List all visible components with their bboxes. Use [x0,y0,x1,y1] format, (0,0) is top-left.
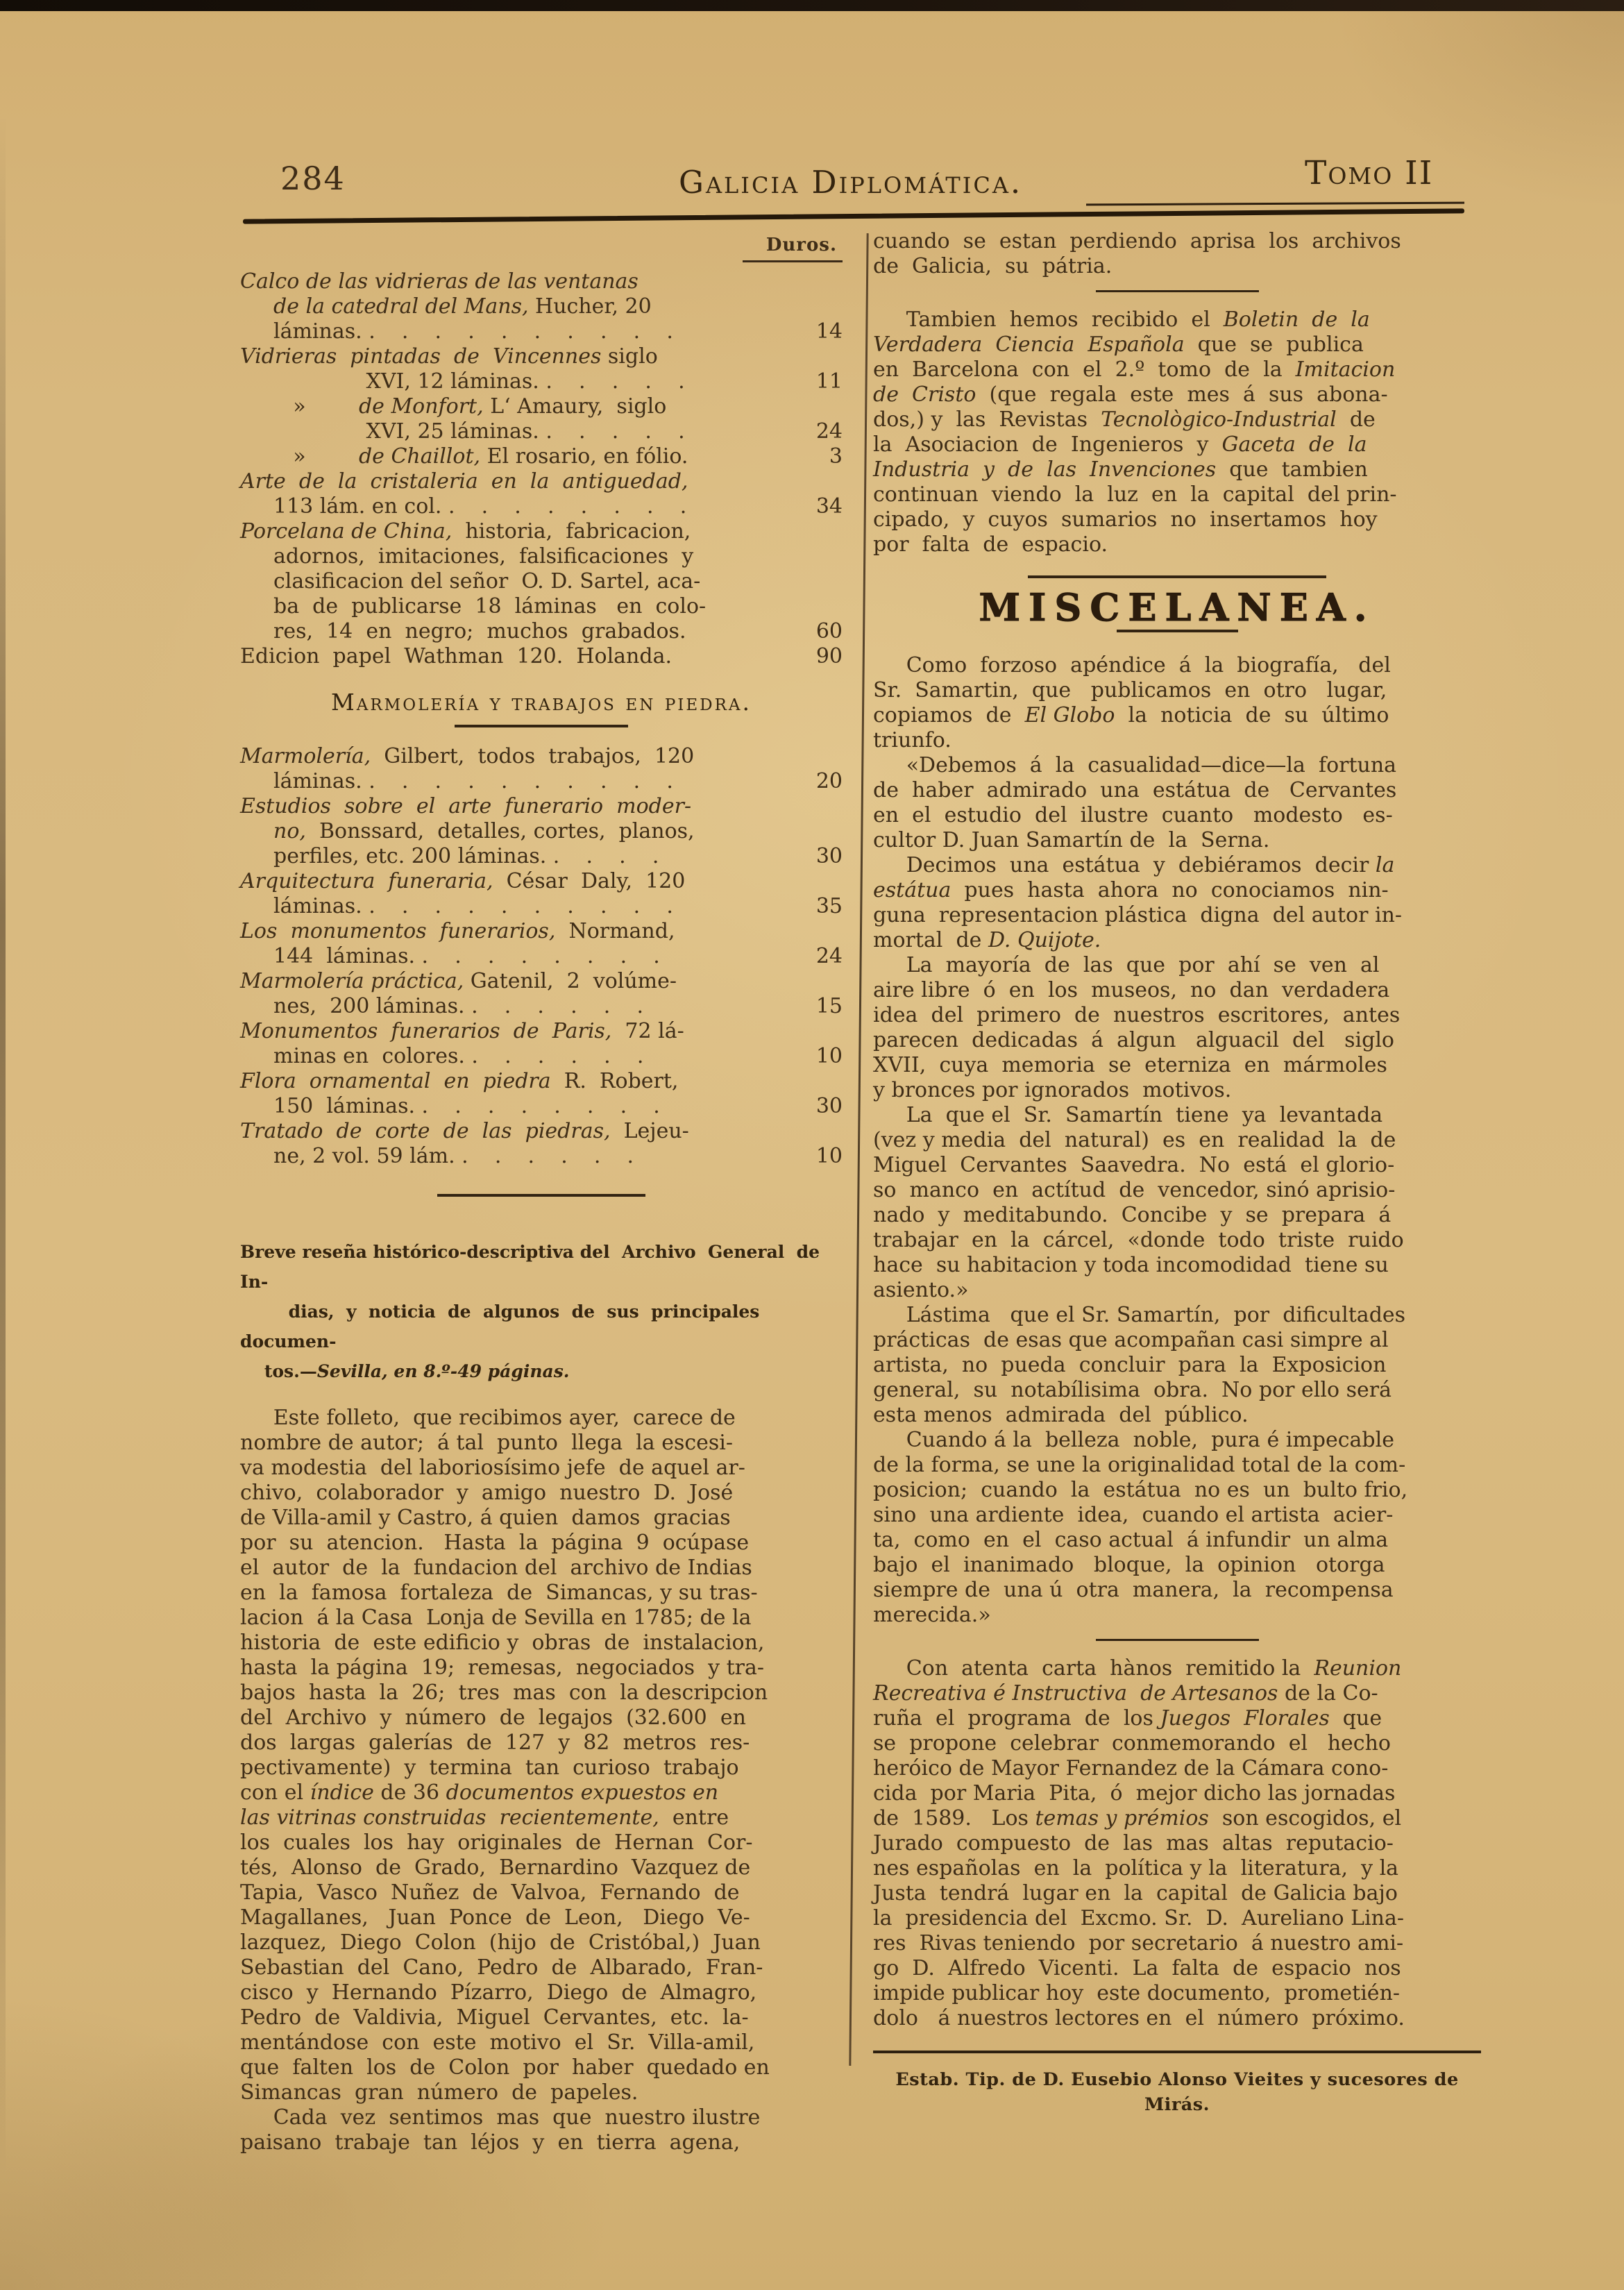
price-entry: » de Monfort, L‘ Amaury, siglo XVI, 25 l… [240,394,843,444]
price-value: 35 [783,894,843,919]
column-divider-rule [849,233,868,2066]
price-entry: Edicion papel Wathman 120. Holanda. 90 [240,644,843,669]
divider-rule [437,1194,645,1197]
price-value: 60 [783,619,843,644]
printer-imprint: Estab. Tip. de D. Eusebio Alonso Vieites… [873,2067,1481,2117]
price-entry: Marmolería práctica, Gatenil, 2 volúme- … [240,969,843,1019]
price-list-glassware: Calco de las vidrieras de las ventanas d… [240,269,843,669]
right-column: cuando se estan perdiendo aprisa los arc… [873,229,1481,2117]
section-heading-marmoleria: Marmolería y trabajos en piedra. [240,690,843,715]
divider-rule [1028,575,1326,578]
price-list-stonework: Marmolería, Gilbert, todos trabajos, 120… [240,744,843,1169]
entry-text: Edicion papel Wathman 120. Holanda. [240,644,672,668]
entry-text: Arquitectura funeraria, César Daly, 120 … [240,869,685,918]
entry-text: Marmolería, Gilbert, todos trabajos, 120… [240,744,694,793]
price-entry: Calco de las vidrieras de las ventanas d… [240,269,843,344]
price-value: 34 [783,494,843,519]
paragraph: Con atenta carta hànos remitido la Reuni… [873,1656,1481,2031]
price-value: 30 [783,844,843,869]
scan-left-shadow [0,0,6,2290]
price-entry: Estudios sobre el arte funerario moder- … [240,794,843,869]
entry-text: » de Monfort, L‘ Amaury, siglo XVI, 25 l… [240,394,685,444]
paragraph: Decimos una estátua y debiéramos decir l… [873,853,1481,953]
price-entry: Marmolería, Gilbert, todos trabajos, 120… [240,744,843,794]
paragraph: Este folleto, que recibimos ayer, carece… [240,1406,843,2105]
divider-rule [1096,1639,1259,1641]
entry-text: Estudios sobre el arte funerario moder- … [240,794,695,868]
paragraph: La mayoría de las que por ahí se ven al … [873,953,1481,1103]
entry-text: Flora ornamental en piedra R. Robert, 15… [240,1069,678,1118]
entry-text: Arte de la cristaleria en la antiguedad,… [240,469,688,519]
price-value: 11 [783,369,843,394]
price-value: 14 [783,319,843,344]
entry-text: Monumentos funerarios de Paris, 72 lá- m… [240,1019,684,1068]
header-rule [243,208,1464,224]
volume-label: Tomo II [1305,154,1433,192]
journal-title: Galicia Diplomática. [679,164,1022,201]
divider-rule [1096,290,1259,292]
price-entry: Tratado de corte de las piedras, Lejeu- … [240,1119,843,1169]
entry-text: Calco de las vidrieras de las ventanas d… [240,269,673,344]
price-entry: Vidrieras pintadas de Vincennes siglo XV… [240,344,843,394]
section-rule [455,725,628,727]
page-number: 284 [280,160,346,197]
paragraph: Cada vez sentimos mas que nuestro ilustr… [240,2105,843,2155]
price-value: 10 [783,1044,843,1069]
entry-text: Tratado de corte de las piedras, Lejeu- … [240,1119,689,1168]
price-value: 30 [783,1094,843,1119]
paragraph: Como forzoso apéndice á la biografía, de… [873,653,1481,753]
scanned-newspaper-page: 284 Galicia Diplomática. Tomo II Duros. … [0,0,1624,2290]
scan-dark-edge [0,0,1624,11]
paragraph: La que el Sr. Samartín tiene ya levantad… [873,1103,1481,1303]
paragraph: Tambien hemos recibido el Boletin de la … [873,308,1481,557]
price-column-header: Duros. [240,232,843,262]
imprint-rule [873,2051,1481,2053]
price-entry: Arquitectura funeraria, César Daly, 120 … [240,869,843,919]
entry-text: Marmolería práctica, Gatenil, 2 volúme- … [240,969,677,1018]
paragraph-continuation: cuando se estan perdiendo aprisa los arc… [873,229,1481,279]
miscelanea-heading: MISCELANEA. [873,595,1481,620]
heading-rule [1117,630,1238,632]
price-entry: Flora ornamental en piedra R. Robert, 15… [240,1069,843,1119]
header-rule-secondary [1086,202,1464,206]
paragraph: Cuando á la belleza noble, pura é impeca… [873,1428,1481,1628]
paragraph: «Debemos á la casualidad—dice—la fortuna… [873,753,1481,853]
price-entry: Porcelana de China, historia, fabricacio… [240,519,843,644]
paragraph: Lástima que el Sr. Samartín, por dificul… [873,1303,1481,1428]
entry-text: Vidrieras pintadas de Vincennes siglo XV… [240,344,685,394]
left-column: Duros. Calco de las vidrieras de las ven… [240,232,843,2155]
price-value: 24 [783,419,843,444]
price-entry: Arte de la cristaleria en la antiguedad,… [240,469,843,519]
entry-text: » de Chaillot, El rosario, en fólio. [240,444,688,469]
entry-text: Los monumentos funerarios, Normand, 144 … [240,919,675,968]
price-value: 90 [783,644,843,669]
entry-text: Porcelana de China, historia, fabricacio… [240,519,706,643]
price-value: 20 [783,769,843,794]
price-entry: Los monumentos funerarios, Normand, 144 … [240,919,843,969]
price-value: 15 [783,994,843,1019]
price-value: 10 [783,1144,843,1169]
currency-label: Duros. [743,233,843,262]
price-value: 3 [783,444,843,469]
price-entry: Monumentos funerarios de Paris, 72 lá- m… [240,1019,843,1069]
price-entry: » de Chaillot, El rosario, en fólio. 3 [240,444,843,469]
review-title: Breve reseña histórico-descriptiva del A… [240,1237,843,1386]
price-value: 24 [783,944,843,969]
